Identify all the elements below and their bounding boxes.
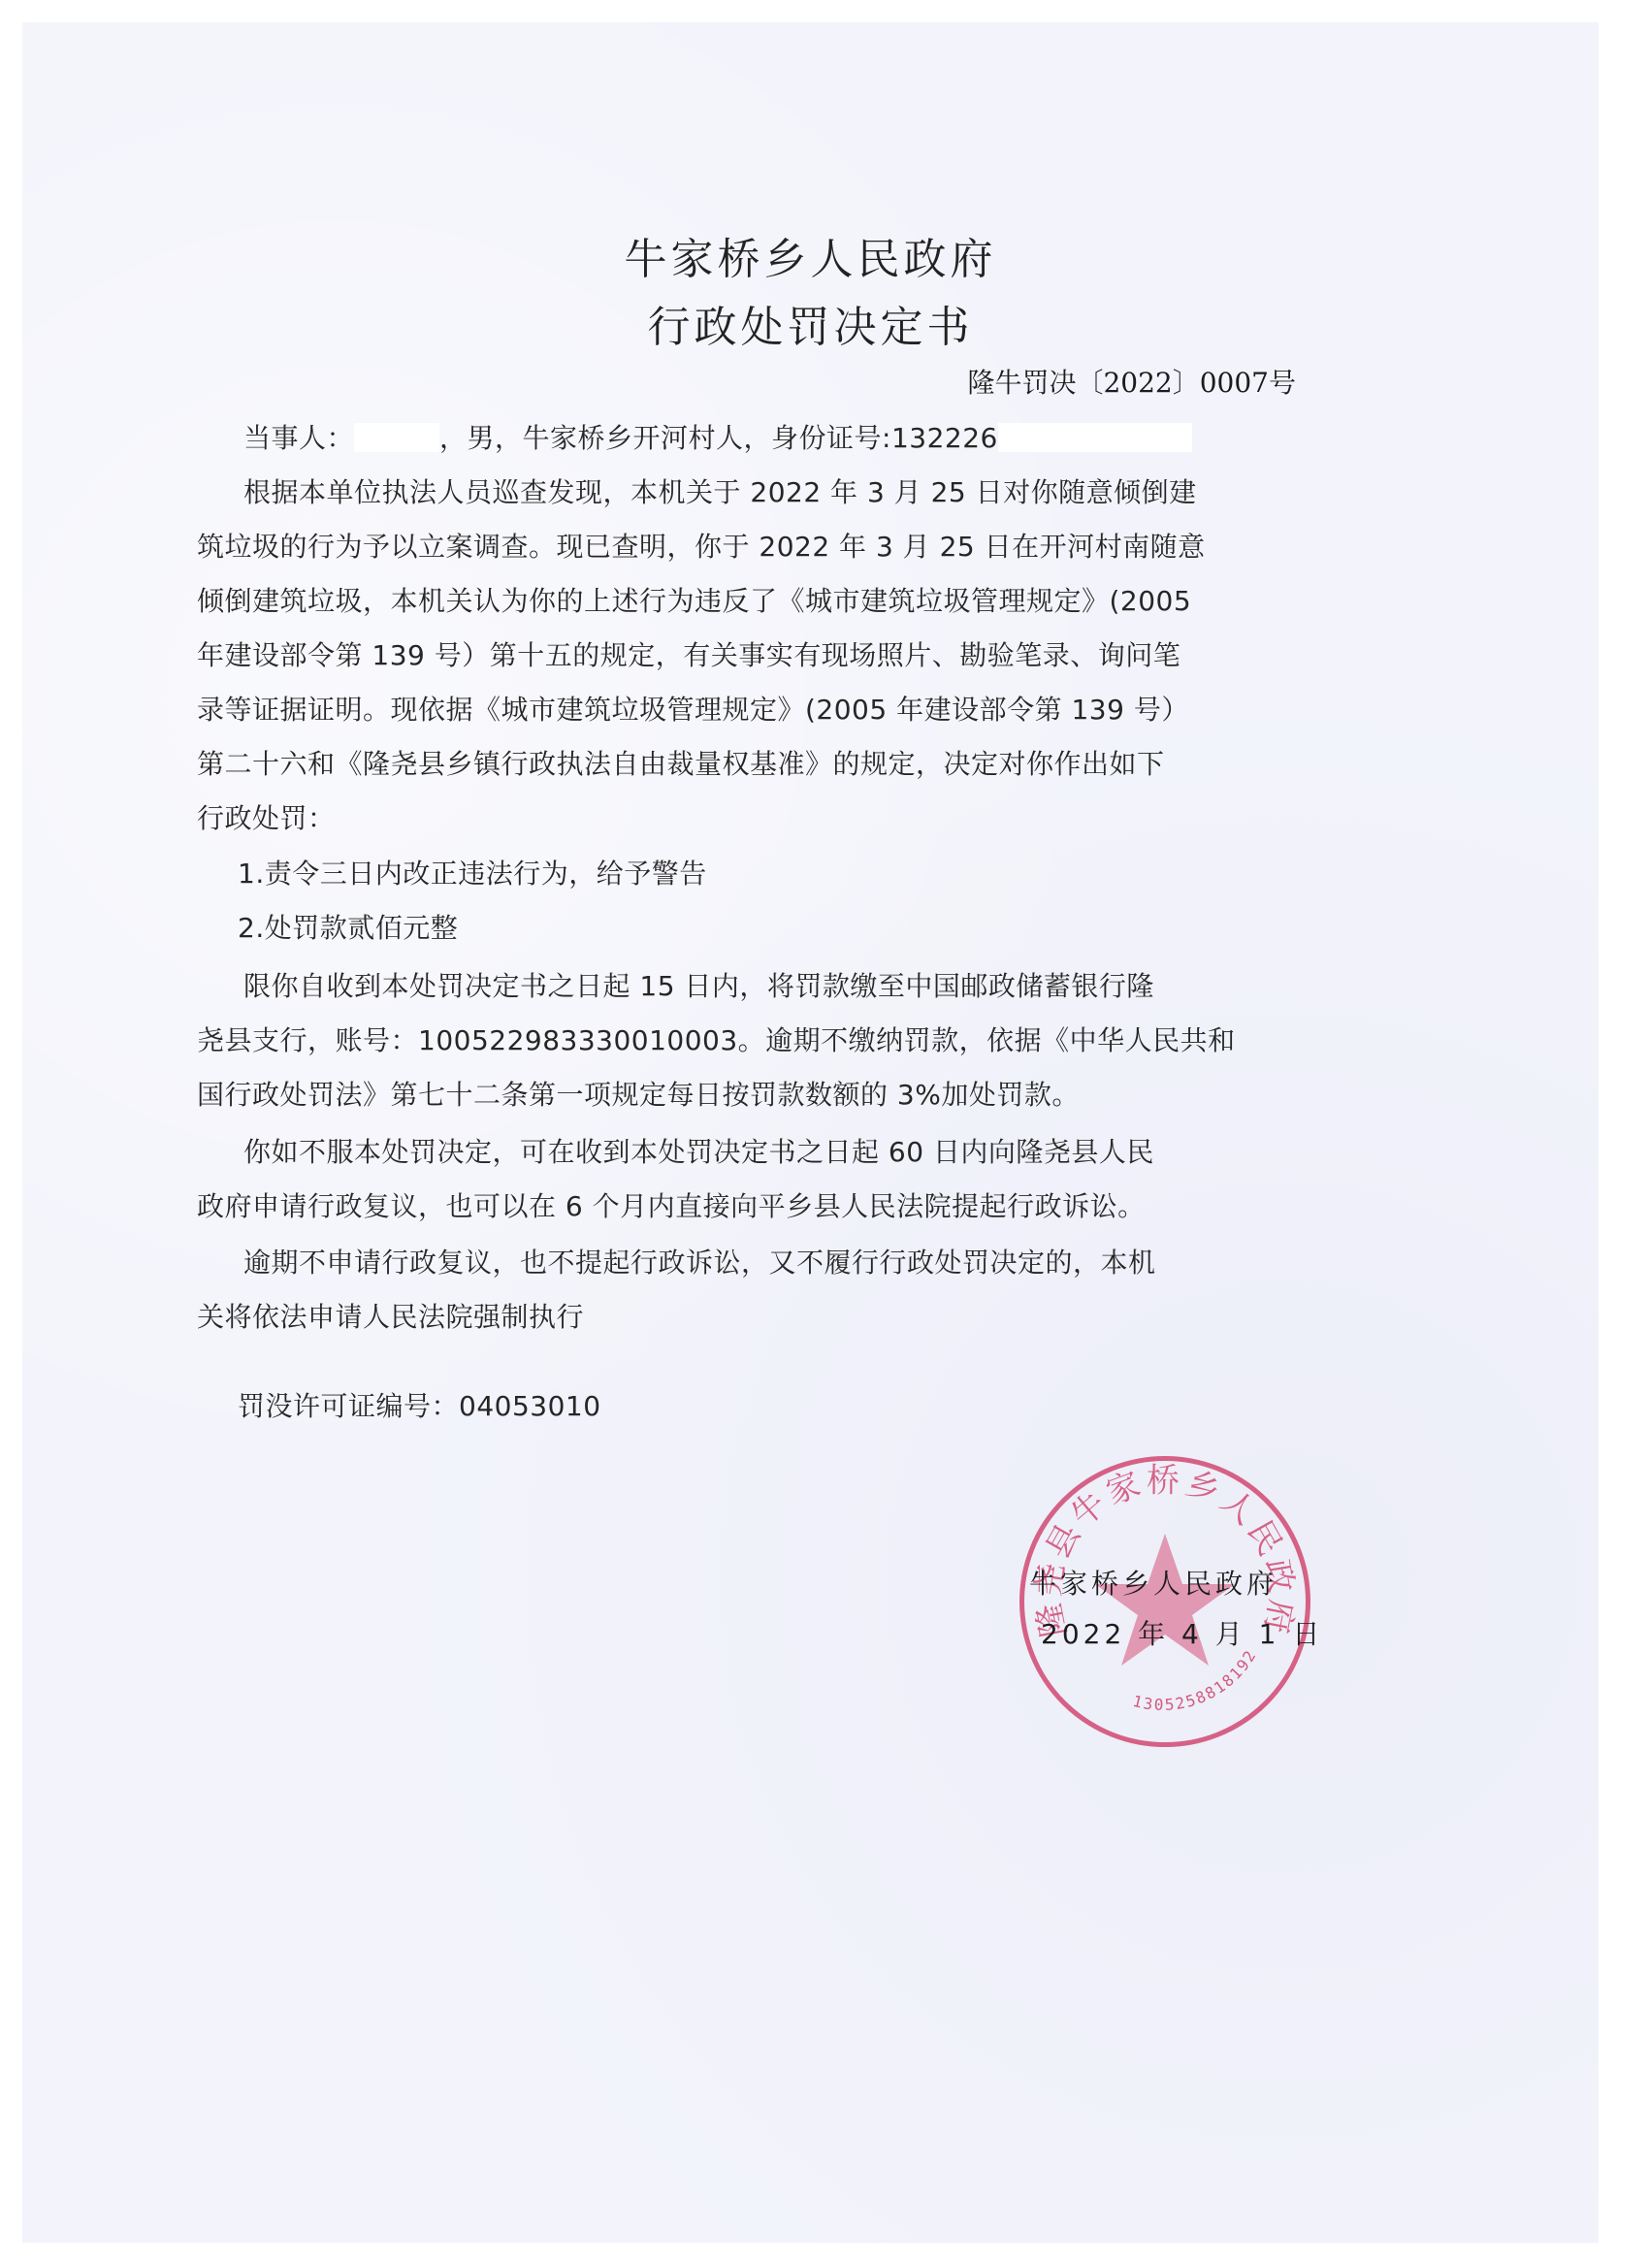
- party-details: ，男，牛家桥乡开河村人，身份证号:132226: [439, 422, 998, 454]
- payment-line: 尧县支行，账号：100522983330010003。逾期不缴纳罚款，依据《中华…: [197, 1020, 1236, 1058]
- signature-issuer: 牛家桥乡人民政府: [1029, 1563, 1277, 1602]
- license-number: 罚没许可证编号：04053010: [238, 1385, 601, 1424]
- penalty-item: 1.责令三日内改正违法行为，给予警告: [238, 853, 707, 891]
- body-line: 录等证据证明。现依据《城市建筑垃圾管理规定》(2005 年建设部令第 139 号…: [197, 689, 1189, 728]
- payment-line: 限你自收到本处罚决定书之日起 15 日内，将罚款缴至中国邮政储蓄银行隆: [243, 965, 1154, 1004]
- redacted-id: [998, 423, 1192, 452]
- enforcement-line: 关将依法申请人民法院强制执行: [197, 1296, 584, 1335]
- penalty-item: 2.处罚款贰佰元整: [238, 907, 458, 946]
- body-line: 第二十六和《隆尧县乡镇行政执法自由裁量权基准》的规定，决定对你作出如下: [197, 743, 1165, 782]
- party-line: 当事人：，男，牛家桥乡开河村人，身份证号:132226: [243, 417, 1192, 456]
- party-label: 当事人：: [243, 422, 354, 454]
- seal-graphic: 隆尧县牛家桥乡人民政府 1305258818192: [1019, 1456, 1310, 1747]
- body-line: 年建设部令第 139 号）第十五的规定，有关事实有现场照片、勘验笔录、询问笔: [197, 634, 1180, 673]
- body-line: 筑垃圾的行为予以立案调查。现已查明，你于 2022 年 3 月 25 日在开河村…: [197, 526, 1206, 565]
- enforcement-line: 逾期不申请行政复议，也不提起行政诉讼，又不履行行政处罚决定的，本机: [243, 1242, 1156, 1280]
- document-title: 行政处罚决定书: [22, 292, 1599, 354]
- issuer-heading: 牛家桥乡人民政府: [22, 224, 1599, 286]
- signature-date: 2022 年 4 月 1 日: [1041, 1613, 1323, 1652]
- official-seal: 隆尧县牛家桥乡人民政府 1305258818192: [1019, 1456, 1310, 1747]
- payment-line: 国行政处罚法》第七十二条第一项规定每日按罚款数额的 3%加处罚款。: [197, 1074, 1080, 1113]
- body-line: 倾倒建筑垃圾，本机关认为你的上述行为违反了《城市建筑垃圾管理规定》(2005: [197, 580, 1191, 619]
- body-line: 根据本单位执法人员巡查发现，本机关于 2022 年 3 月 25 日对你随意倾倒…: [243, 471, 1197, 510]
- redacted-name: [354, 423, 439, 452]
- body-line: 行政处罚：: [197, 797, 336, 836]
- document-number: 隆牛罚决〔2022〕0007号: [967, 362, 1296, 401]
- appeal-line: 政府申请行政复议，也可以在 6 个月内直接向平乡县人民法院提起行政诉讼。: [197, 1185, 1146, 1224]
- appeal-line: 你如不服本处罚决定，可在收到本处罚决定书之日起 60 日内向隆尧县人民: [243, 1131, 1154, 1170]
- document-page: 牛家桥乡人民政府 行政处罚决定书 隆牛罚决〔2022〕0007号 当事人：，男，…: [22, 22, 1599, 2243]
